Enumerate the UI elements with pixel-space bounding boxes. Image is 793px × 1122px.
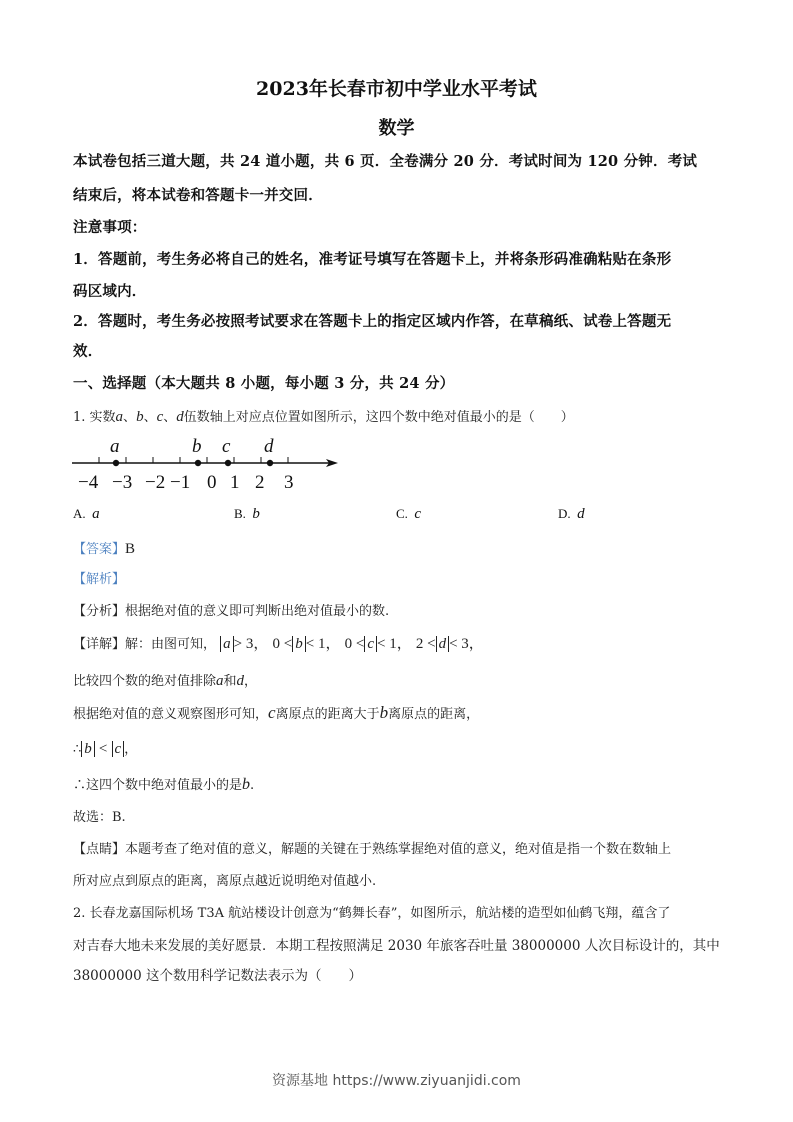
therefore-line-2: ∴这四个数中绝对值最小的是b.: [73, 774, 254, 794]
q2-line-3: 38000000 这个数用科学记数法表示为（ ）: [73, 964, 362, 984]
notice-1-line-1: 1．答题前，考生务必将自己的姓名，准考证号填写在答题卡上，并将条形码准确粘贴在条…: [73, 248, 671, 269]
dianjing-line-1: 【点睛】本题考查了绝对值的意义，解题的关键在于熟练掌握绝对值的意义，绝对值是指一…: [73, 838, 671, 857]
choose-line: 故选：B.: [73, 806, 126, 825]
svg-text:c: c: [222, 436, 231, 457]
answer-line: 【答案】B: [73, 538, 135, 558]
notice-2-line-1: 2．答题时，考生务必按照考试要求在答题卡上的指定区域内作答，在草稿纸、试卷上答题…: [73, 310, 671, 331]
svg-text:3: 3: [284, 472, 294, 493]
observe-line: 根据绝对值的意义观察图形可知，c离原点的距离大于b离原点的距离，: [73, 703, 479, 723]
detail-line: 【详解】解：由图可知， a> 3， 0 <b< 1， 0 <c< 1， 2 <d…: [73, 632, 484, 653]
section-heading: 一、选择题（本大题共 8 小题，每小题 3 分，共 24 分）: [73, 372, 454, 393]
intro-line-2: 结束后，将本试卷和答题卡一并交回．: [73, 184, 323, 205]
intro-line-1: 本试卷包括三道大题，共 24 道小题，共 6 页．全卷满分 20 分．考试时间为…: [73, 150, 697, 171]
analysis-tag: 【解析】: [73, 568, 125, 587]
q1-stem: 1. 实数a、b、c、d伍数轴上对应点位置如图所示，这四个数中绝对值最小的是（ …: [73, 406, 574, 426]
q2-line-2: 对吉春大地未来发展的美好愿景．本期工程按照满足 2030 年旅客吞吐量 3800…: [73, 934, 720, 954]
fenxi-line: 【分析】根据绝对值的意义即可判断出绝对值最小的数.: [73, 600, 389, 619]
option-b[interactable]: B. b: [234, 506, 260, 523]
answer-value: B: [125, 541, 135, 557]
dianjing-line-2: 所对应点到原点的距离，离原点越近说明绝对值越小.: [73, 870, 376, 889]
footer-watermark: 资源基地 https://www.ziyuanjidi.com: [0, 1070, 793, 1090]
svg-text:a: a: [110, 436, 120, 457]
exam-title: 2023年长春市初中学业水平考试: [0, 74, 793, 101]
notice-1-line-2: 码区域内．: [73, 280, 147, 301]
option-d[interactable]: D. d: [558, 506, 585, 523]
svg-text:b: b: [192, 436, 202, 457]
compare-line: 比较四个数的绝对值排除a和d，: [73, 670, 257, 690]
svg-text:1: 1: [230, 472, 240, 493]
therefore-line-1: ∴b < c，: [73, 738, 137, 758]
svg-text:−3: −3: [112, 472, 132, 493]
answer-tag: 【答案】: [73, 542, 125, 557]
svg-text:−4: −4: [78, 472, 99, 493]
svg-text:0: 0: [207, 472, 217, 493]
notice-2-line-2: 效．: [73, 340, 102, 361]
option-c[interactable]: C. c: [396, 506, 421, 523]
svg-text:−1: −1: [170, 472, 190, 493]
notice-title: 注意事项：: [73, 216, 147, 237]
svg-text:2: 2: [255, 472, 265, 493]
subject-title: 数学: [0, 114, 793, 140]
option-a[interactable]: A. a: [73, 506, 100, 523]
svg-text:d: d: [264, 436, 274, 457]
number-line-figure: a b c d −4 −3 −2 −1 0 1 2 3: [68, 430, 348, 495]
q2-line-1: 2. 长春龙嘉国际机场 T3A 航站楼设计创意为“鹤舞长春”，如图所示，航站楼的…: [73, 902, 670, 921]
svg-text:−2: −2: [145, 472, 165, 493]
